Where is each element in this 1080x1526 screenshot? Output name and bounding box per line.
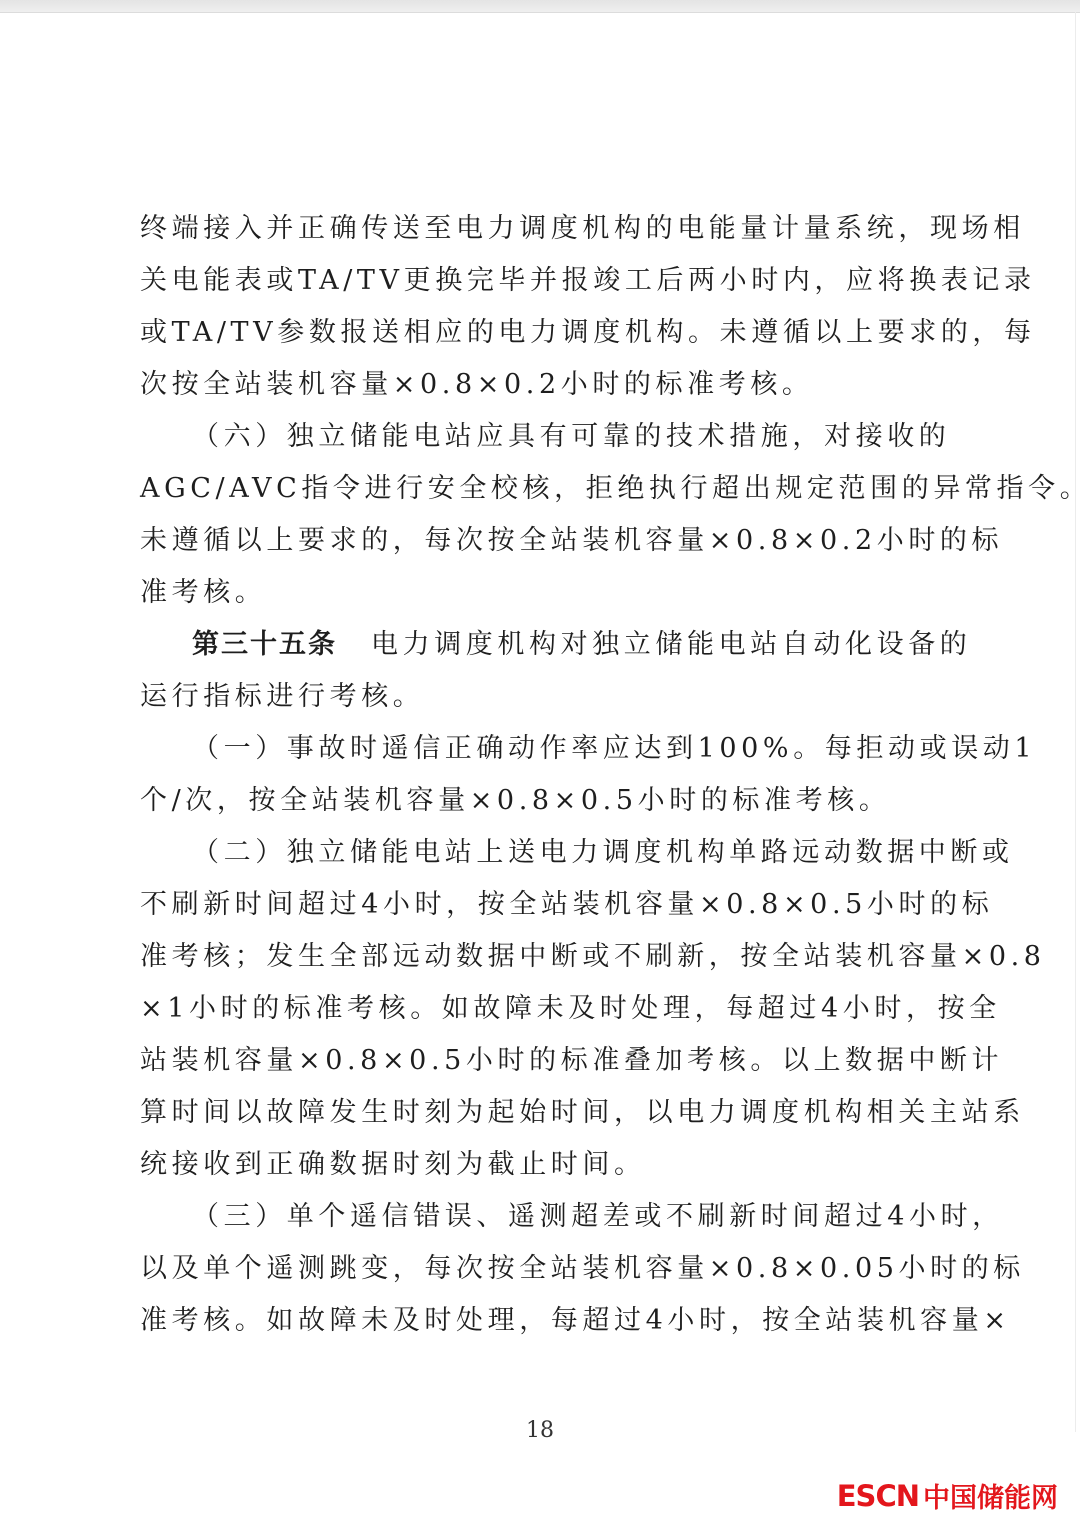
- text-line: 终端接入并正确传送至电力调度机构的电能量计量系统，现场相: [140, 203, 952, 255]
- article-number: 第三十五条: [192, 629, 337, 660]
- text-line: 或TA/TV参数报送相应的电力调度机构。未遵循以上要求的，每: [140, 307, 952, 359]
- line-text: 统接收到正确数据时刻为截止时间。: [140, 1149, 646, 1180]
- text-line: 关电能表或TA/TV更换完毕并报竣工后两小时内，应将换表记录: [140, 255, 952, 307]
- paragraph-start-line: （三）单个遥信错误、遥测超差或不刷新时间超过4小时，: [140, 1191, 952, 1243]
- line-text: 终端接入并正确传送至电力调度机构的电能量计量系统，现场相: [140, 213, 1025, 244]
- watermark-latin: ESCN: [837, 1479, 919, 1513]
- scan-right-edge: [1075, 12, 1076, 1432]
- line-text: 准考核。如故障未及时处理，每超过4小时，按全站装机容量×: [140, 1305, 1011, 1336]
- line-text: 站装机容量×0.8×0.5小时的标准叠加考核。以上数据中断计: [140, 1045, 1003, 1076]
- line-text: （三）单个遥信错误、遥测超差或不刷新时间超过4小时，: [192, 1201, 1004, 1232]
- line-text: 未遵循以上要求的，每次按全站装机容量×0.8×0.2小时的标: [140, 525, 1003, 556]
- line-text: 次按全站装机容量×0.8×0.2小时的标准考核。: [140, 369, 814, 400]
- line-text: 准考核。: [140, 577, 266, 608]
- text-line: ×1小时的标准考核。如故障未及时处理，每超过4小时，按全: [140, 983, 952, 1035]
- line-text: （六）独立储能电站应具有可靠的技术措施，对接收的: [192, 421, 950, 452]
- paragraph-start-line: （二）独立储能电站上送电力调度机构单路远动数据中断或: [140, 827, 952, 879]
- text-line: 准考核。如故障未及时处理，每超过4小时，按全站装机容量×: [140, 1295, 952, 1347]
- text-line: 准考核。: [140, 567, 952, 619]
- text-line: 站装机容量×0.8×0.5小时的标准叠加考核。以上数据中断计: [140, 1035, 952, 1087]
- escn-watermark-logo: ESCN 中国储能网: [837, 1476, 1058, 1515]
- line-text: 电力调度机构对独立储能电站自动化设备的: [371, 629, 971, 660]
- paragraph-start-line: （六）独立储能电站应具有可靠的技术措施，对接收的: [140, 411, 952, 463]
- paragraph-start-line: （一）事故时遥信正确动作率应达到100%。每拒动或误动1: [140, 723, 952, 775]
- line-text: 不刷新时间超过4小时，按全站装机容量×0.8×0.5小时的标: [140, 889, 993, 920]
- text-line: 算时间以故障发生时刻为起始时间，以电力调度机构相关主站系: [140, 1087, 952, 1139]
- text-line: 次按全站装机容量×0.8×0.2小时的标准考核。: [140, 359, 952, 411]
- text-line: 未遵循以上要求的，每次按全站装机容量×0.8×0.2小时的标: [140, 515, 952, 567]
- line-text: ×1小时的标准考核。如故障未及时处理，每超过4小时，按全: [140, 993, 1001, 1024]
- article-heading-line: 第三十五条电力调度机构对独立储能电站自动化设备的: [140, 619, 952, 671]
- text-line: 准考核；发生全部远动数据中断或不刷新，按全站装机容量×0.8: [140, 931, 952, 983]
- text-line: 以及单个遥测跳变，每次按全站装机容量×0.8×0.05小时的标: [140, 1243, 952, 1295]
- line-text: AGC/AVC指令进行安全校核，拒绝执行超出规定范围的异常指令。: [140, 473, 1080, 504]
- text-line: 不刷新时间超过4小时，按全站装机容量×0.8×0.5小时的标: [140, 879, 952, 931]
- page-number: 18: [0, 1418, 1080, 1443]
- line-text: 算时间以故障发生时刻为起始时间，以电力调度机构相关主站系: [140, 1097, 1025, 1128]
- document-body: 终端接入并正确传送至电力调度机构的电能量计量系统，现场相 关电能表或TA/TV更…: [140, 203, 952, 1347]
- text-line: 统接收到正确数据时刻为截止时间。: [140, 1139, 952, 1191]
- scan-top-band: [0, 0, 1080, 13]
- line-text: 或TA/TV参数报送相应的电力调度机构。未遵循以上要求的，每: [140, 317, 1036, 348]
- line-text: （一）事故时遥信正确动作率应达到100%。每拒动或误动1: [192, 733, 1036, 764]
- line-text: （二）独立储能电站上送电力调度机构单路远动数据中断或: [192, 837, 1014, 868]
- text-line: 个/次，按全站装机容量×0.8×0.5小时的标准考核。: [140, 775, 952, 827]
- line-text: 个/次，按全站装机容量×0.8×0.5小时的标准考核。: [140, 785, 890, 816]
- line-text: 关电能表或TA/TV更换完毕并报竣工后两小时内，应将换表记录: [140, 265, 1036, 296]
- text-line: 运行指标进行考核。: [140, 671, 952, 723]
- line-text: 准考核；发生全部远动数据中断或不刷新，按全站装机容量×0.8: [140, 941, 1046, 972]
- line-text: 运行指标进行考核。: [140, 681, 424, 712]
- text-line: AGC/AVC指令进行安全校核，拒绝执行超出规定范围的异常指令。: [140, 463, 952, 515]
- watermark-chinese: 中国储能网: [923, 1476, 1058, 1515]
- line-text: 以及单个遥测跳变，每次按全站装机容量×0.8×0.05小时的标: [140, 1253, 1025, 1284]
